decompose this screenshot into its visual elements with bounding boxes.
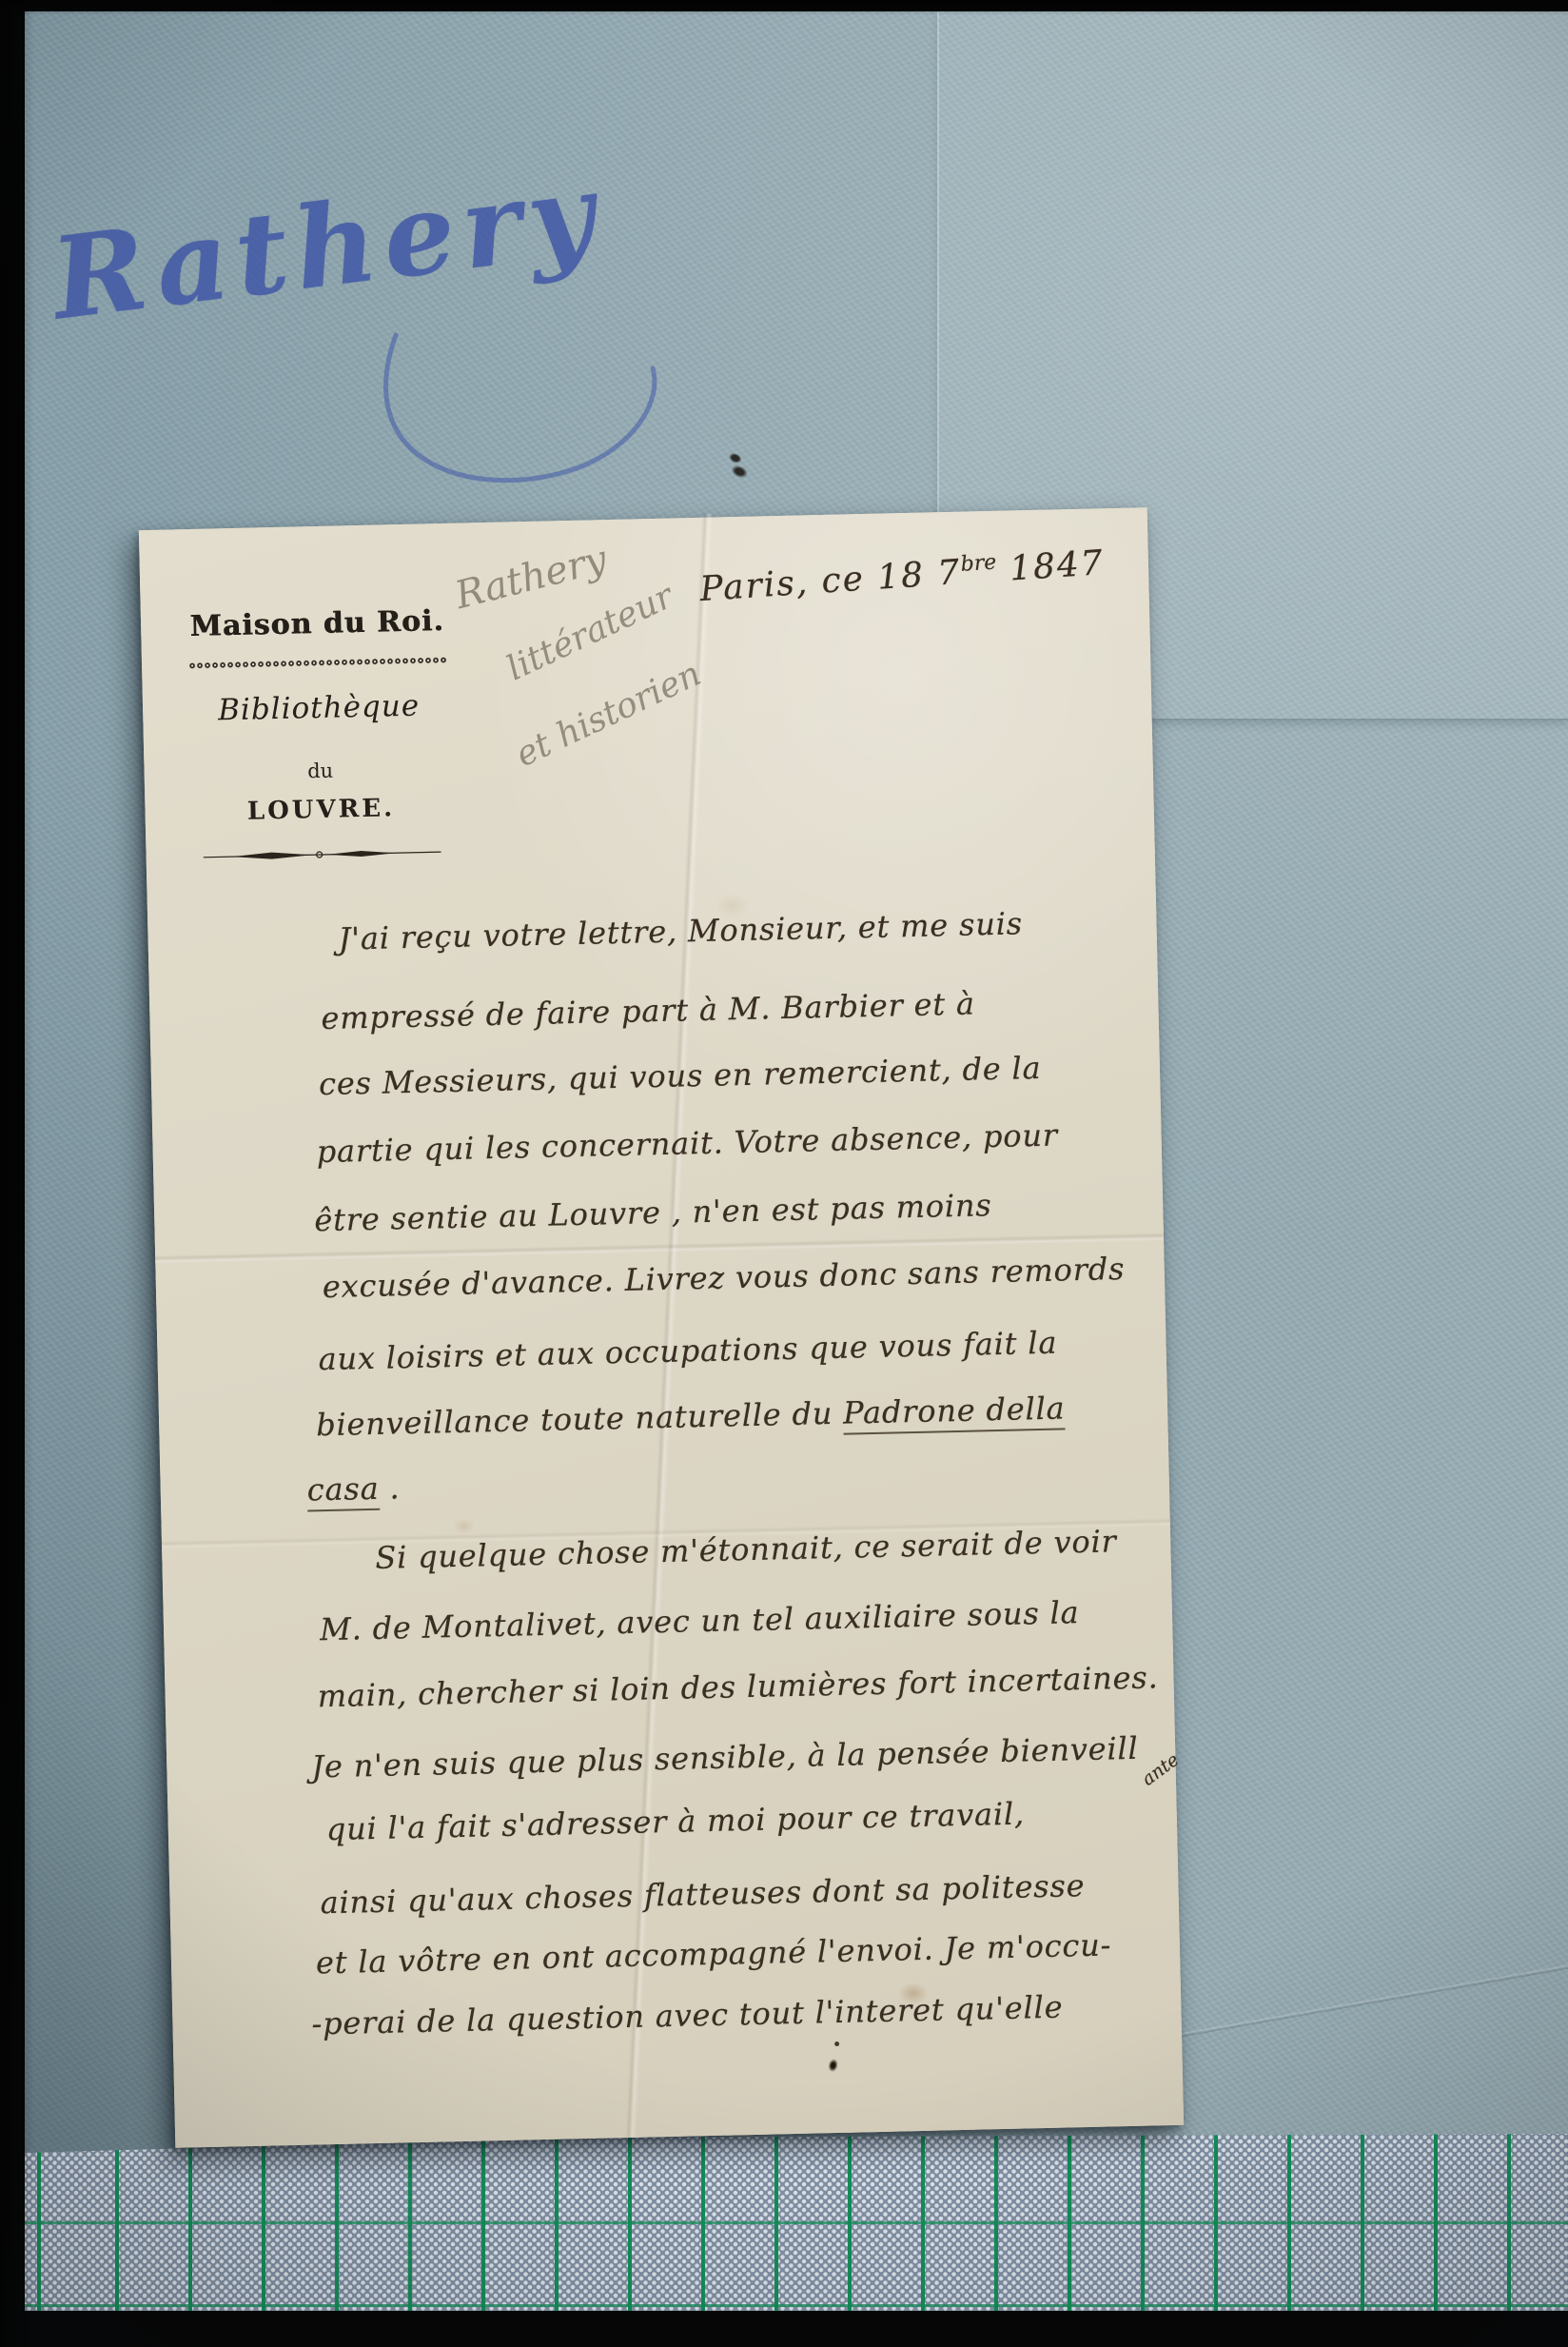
letter-line: qui l'a fait s'adresser à moi pour ce tr…: [325, 1795, 1025, 1847]
letter-line: ainsi qu'aux choses flatteuses dont sa p…: [320, 1867, 1086, 1922]
letterhead-bibliotheque: Bibliothèque: [186, 688, 453, 728]
letter-line: M. de Montalivet, avec un tel auxiliaire…: [320, 1594, 1080, 1647]
letterhead-louvre: LOUVRE.: [187, 793, 455, 827]
letter-line: excusée d'avance. Livrez vous donc sans …: [323, 1251, 1126, 1306]
ink-dot-on-letter: [834, 2041, 839, 2046]
letter-line: -perai de la question avec tout l'intere…: [311, 1989, 1064, 2042]
pencil-name-annotation: Rathery: [451, 538, 611, 619]
letter-line: main, chercher si loin des lumières fort…: [317, 1659, 1159, 1714]
letter-line: bienveillance toute naturelle du Padrone…: [316, 1390, 1066, 1443]
cutting-mat: [25, 2124, 1568, 2311]
letterhead-ornament-rule: [203, 844, 441, 865]
photo-scene: Rathery Maison du Roi. Bibliothèque du L…: [0, 0, 1568, 2347]
letter-line: et la vôtre en ont accompagné l'envoi. J…: [316, 1926, 1112, 1981]
backing-paper-diagonal-crease: [1123, 1958, 1568, 2047]
letterhead: Maison du Roi. Bibliothèque du LOUVRE.: [184, 604, 450, 610]
blue-ink-flourish-stroke: [339, 325, 719, 506]
letter-line: casa .: [306, 1469, 401, 1509]
letter-line: aux loisirs et aux occupations que vous …: [318, 1325, 1057, 1378]
date-suffix: 1847: [995, 543, 1106, 589]
date-line: Paris, ce 18 7bre 1847: [698, 543, 1106, 609]
letterhead-dotted-rule: [188, 656, 447, 670]
letter-line: J'ai reçu votre lettre, Monsieur, et me …: [338, 905, 1023, 957]
letter-line: empressé de faire part à M. Barbier et à: [321, 985, 975, 1036]
letter-line: être sentie au Louvre , n'en est pas moi…: [314, 1187, 992, 1239]
letter-line: partie qui les concernait. Votre absence…: [316, 1116, 1058, 1170]
ink-smudge-on-letter: [827, 2058, 839, 2073]
blue-ink-inscription: Rathery: [46, 147, 609, 345]
letter-line: Si quelque chose m'étonnait, ce serait d…: [375, 1523, 1117, 1576]
date-superscript: bre: [960, 550, 997, 576]
letter-document: Maison du Roi. Bibliothèque du LOUVRE. R…: [139, 507, 1184, 2148]
letter-line: Je n'en suis que plus sensible, à la pen…: [311, 1729, 1179, 1785]
letterhead-title: Maison du Roi.: [184, 604, 451, 643]
ink-smudge-on-backing: [720, 445, 757, 484]
letterhead-du: du: [186, 757, 453, 785]
